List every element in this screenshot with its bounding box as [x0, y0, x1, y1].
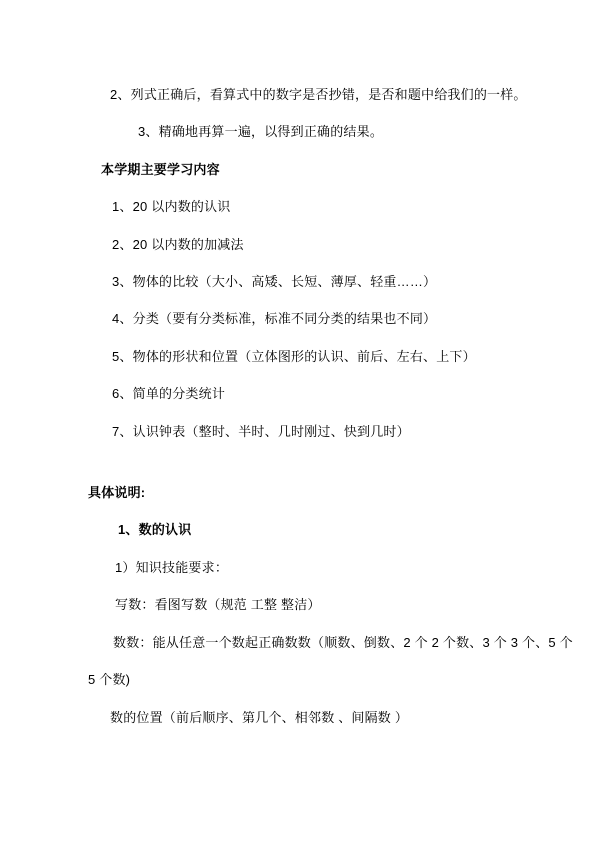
- knowledge-skill-requirements-line: 1）知识技能要求：: [88, 549, 533, 586]
- counting-line-1: 数数：能从任意一个数起正确数数（顺数、倒数、2 个 2 个数、3 个 3 个、5…: [88, 624, 533, 661]
- writing-numbers-line: 写数：看图写数（规范 工整 整洁）: [88, 586, 533, 623]
- content-item-1: 1、20 以内数的认识: [88, 188, 533, 225]
- content-item-5: 5、物体的形状和位置（立体图形的认识、前后、左右、上下）: [88, 338, 533, 375]
- content-item-4: 4、分类（要有分类标准，标准不同分类的结果也不同）: [88, 300, 533, 337]
- intro-step-2: 2、列式正确后，看算式中的数字是否抄错，是否和题中给我们的一样。: [88, 76, 533, 113]
- content-item-3: 3、物体的比较（大小、高矮、长短、薄厚、轻重……）: [88, 263, 533, 300]
- document-body: 2、列式正确后，看算式中的数字是否抄错，是否和题中给我们的一样。 3、精确地再算…: [88, 76, 533, 736]
- details-heading: 具体说明:: [88, 474, 533, 511]
- content-item-2: 2、20 以内数的加减法: [88, 226, 533, 263]
- intro-step-3: 3、精确地再算一遍，以得到正确的结果。: [88, 113, 533, 150]
- details-subheading-number-recognition: 1、数的认识: [88, 511, 533, 548]
- semester-content-heading: 本学期主要学习内容: [88, 151, 533, 188]
- number-position-line: 数的位置（前后顺序、第几个、相邻数 、间隔数 ）: [88, 699, 533, 736]
- content-item-7: 7、认识钟表（整时、半时、几时刚过、快到几时）: [88, 413, 533, 450]
- document-page: 2、列式正确后，看算式中的数字是否抄错，是否和题中给我们的一样。 3、精确地再算…: [0, 0, 595, 842]
- content-item-6: 6、简单的分类统计: [88, 375, 533, 412]
- counting-line-2: 5 个数): [88, 661, 533, 698]
